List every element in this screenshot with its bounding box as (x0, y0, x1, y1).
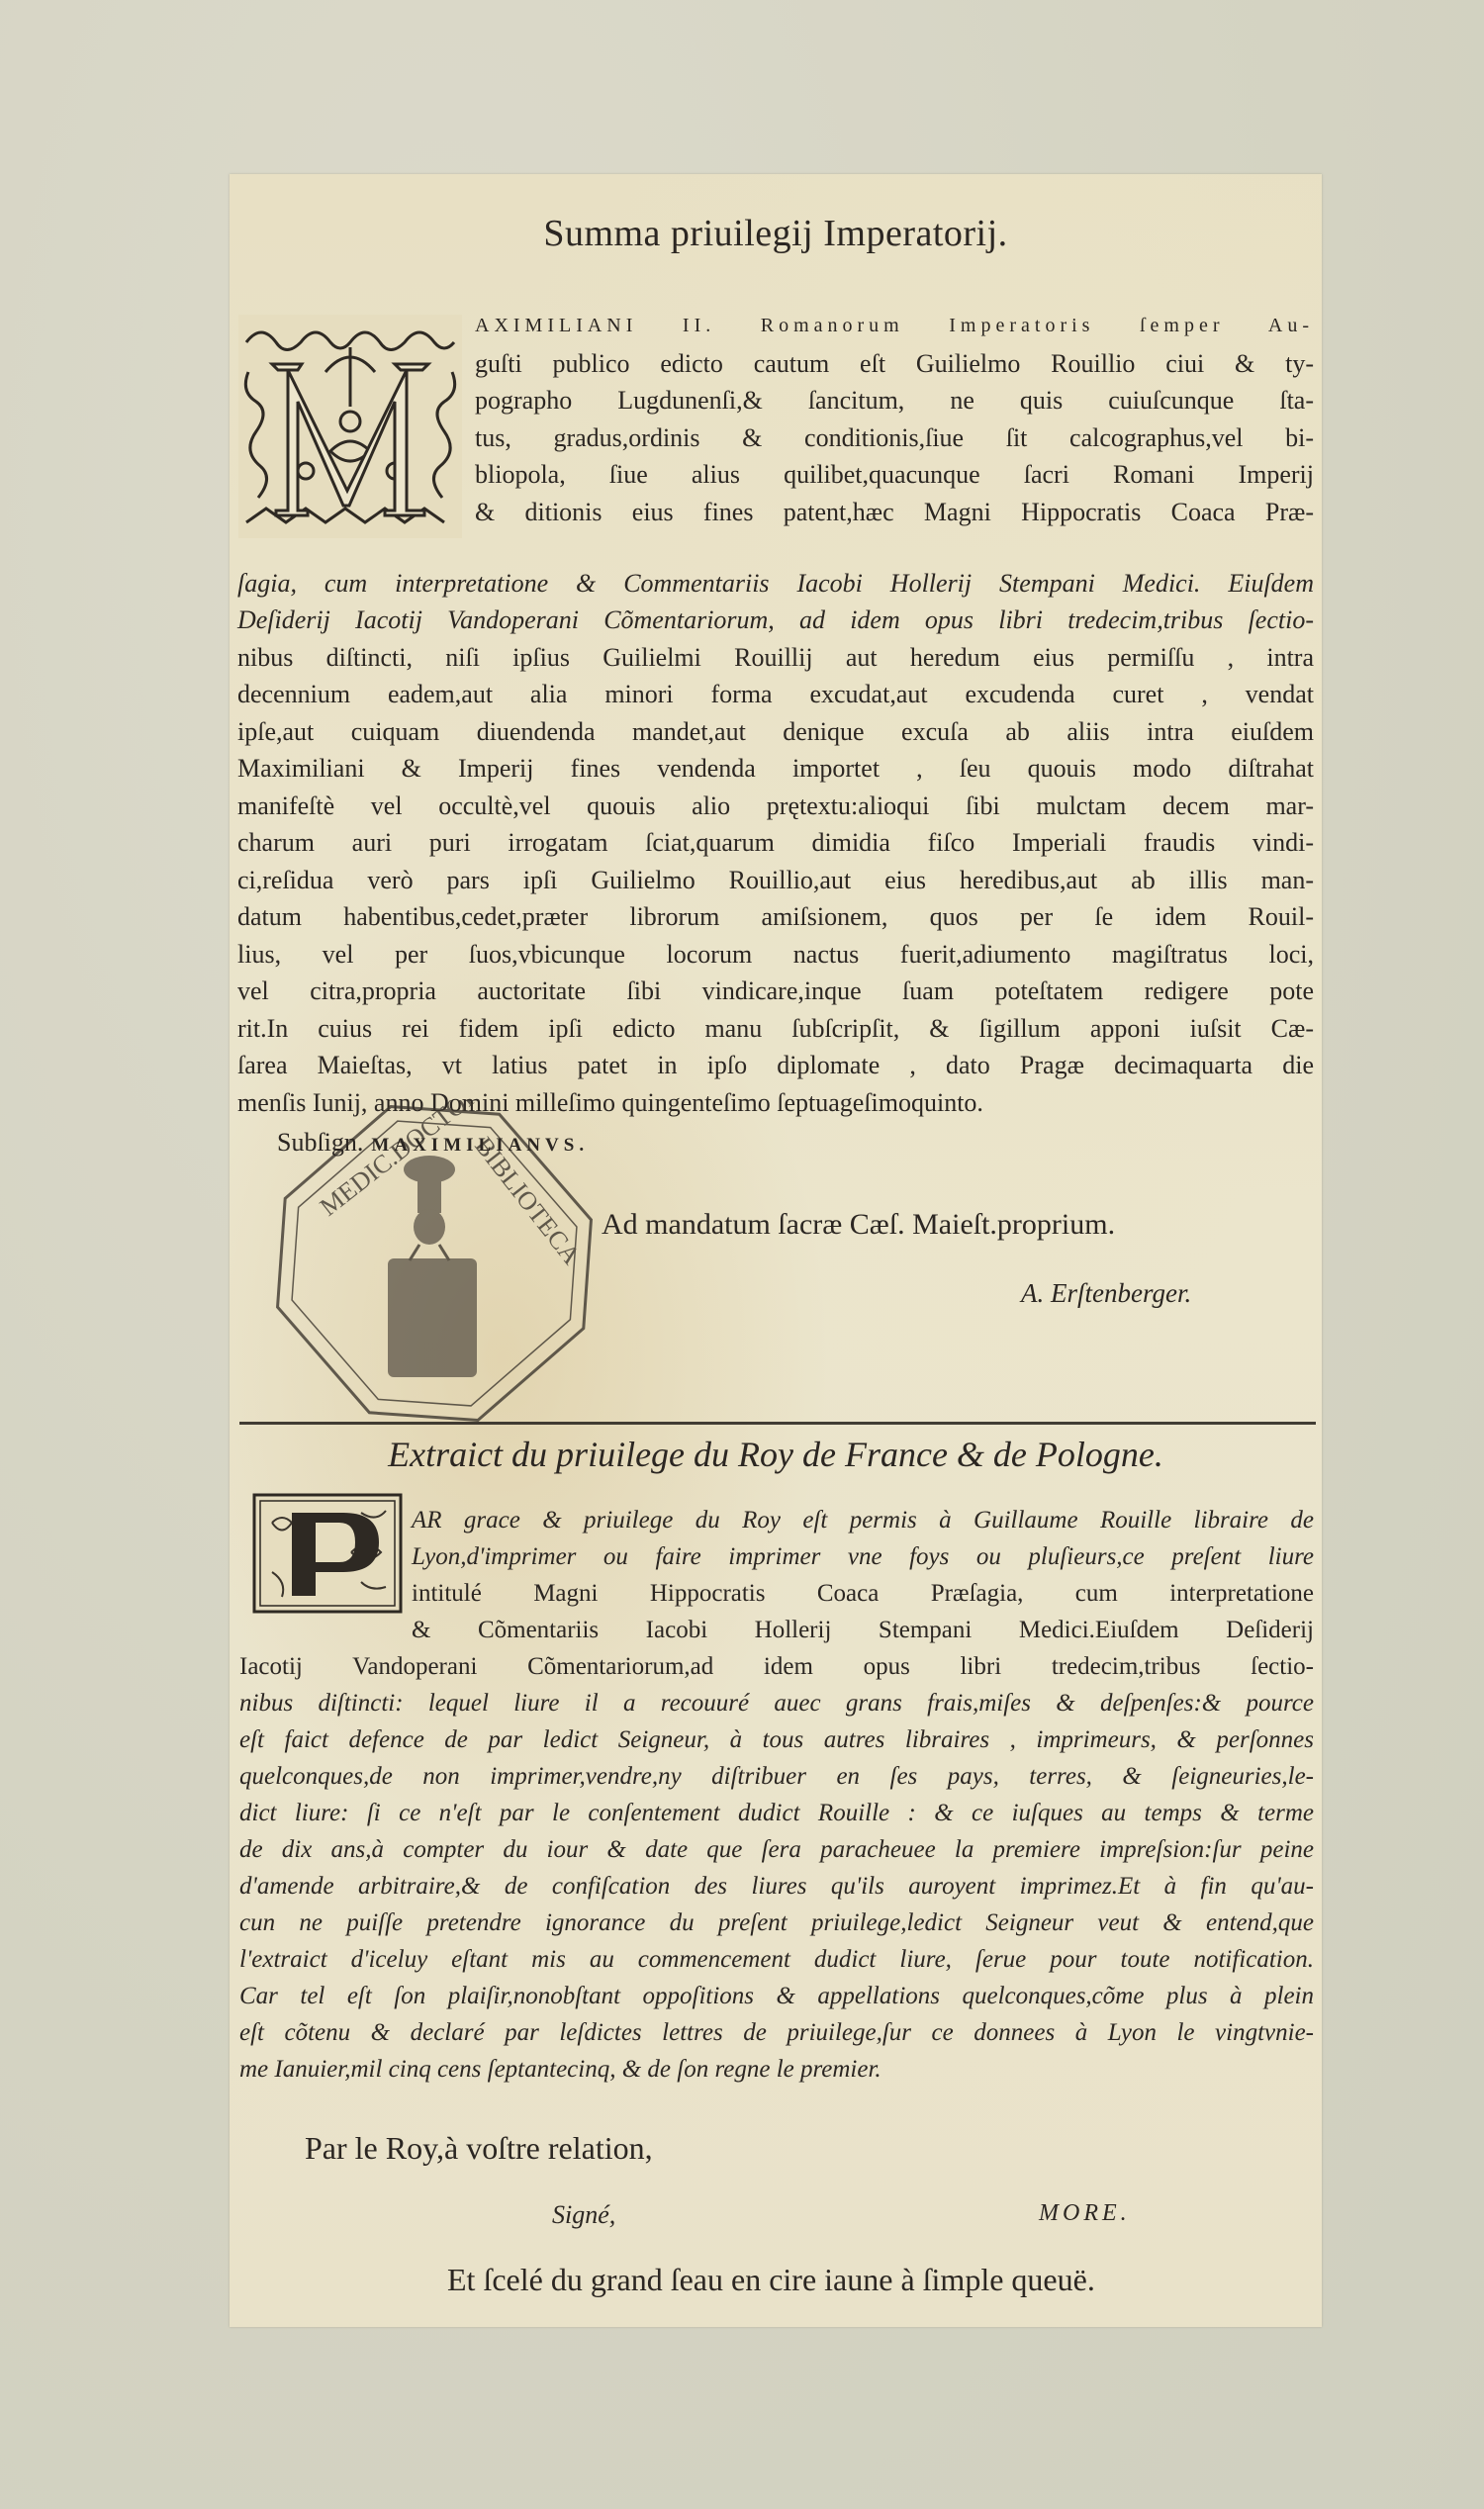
section2-full-line-9: Car tel eſt ſon plaiſir,nonobſtant oppoſ… (239, 1978, 1314, 2014)
section2-full-line-5: de dix ans,à compter du iour & date que … (239, 1831, 1314, 1868)
section1-full-line-10: lius, vel per ſuos,vbicunque locorum nac… (237, 936, 1314, 974)
section2-line-2: intitulé Magni Hippocratis Coaca Præſagi… (412, 1575, 1314, 1612)
section2-line-0: AR grace & priuilege du Roy eſt permis à… (412, 1502, 1314, 1538)
section2-full-line-10: eſt cõtenu & declaré par leſdictes lettr… (239, 2014, 1314, 2051)
section2-full-line-2: eſt faict defence de par ledict Seigneur… (239, 1721, 1314, 1758)
subsign-label: Subſign. (277, 1128, 363, 1157)
section1-full-line-7: charum auri puri irrogatam ſciat,quarum … (237, 824, 1314, 862)
section1-full-text: ſagia, cum interpretatione & Commentarii… (237, 565, 1314, 1122)
par-le-roy-line: Par le Roy,à voſtre relation, (305, 2130, 653, 2167)
ornamental-dropcap-p-icon (252, 1493, 403, 1614)
mandatum-line: Ad mandatum ſacræ Cæſ. Maieſt.proprium. (602, 1208, 1115, 1242)
section1-full-line-3: decennium eadem,aut alia minori forma ex… (237, 676, 1314, 713)
section1-line-4: bliopola, ſiue alius quilibet,quacunque … (475, 456, 1314, 494)
section1-full-line-1: Deſiderij Iacotij Vandoperani Cõmentario… (237, 602, 1314, 639)
section1-line-5: & ditionis eius fines patent,hæc Magni H… (475, 494, 1314, 531)
section1-title: Summa priuilegij Imperatorij. (230, 212, 1322, 255)
section2-full-line-4: dict liure: ſi ce n'eſt par le conſentem… (239, 1795, 1314, 1831)
seal-line: Et ſcelé du grand ſeau en cire iaune à ſ… (447, 2262, 1095, 2298)
section2-line-3: & Cõmentariis Iacobi Hollerij Stempani M… (412, 1612, 1314, 1648)
section2-line-3-wrapper: & Cõmentariis Iacobi Hollerij Stempani M… (412, 1612, 1314, 1648)
section1-line-1: guſti publico edicto cautum eſt Guilielm… (475, 345, 1314, 383)
section2-full-line-3: quelconques,de non imprimer,vendre,ny di… (239, 1758, 1314, 1795)
section1-full-line-9: datum habentibus,cedet,præter librorum a… (237, 898, 1314, 936)
section-divider (239, 1422, 1316, 1425)
section2-full-line-7: cun ne puiſſe pretendre ignorance du pre… (239, 1905, 1314, 1941)
section1-full-line-13: ſarea Maieſtas, vt latius patet in ipſo … (237, 1047, 1314, 1084)
section2-line-1: Lyon,d'imprimer ou faire imprimer vne fo… (412, 1538, 1314, 1575)
section2-title: Extraict du priuilege du Roy de France &… (230, 1434, 1322, 1475)
section1-full-line-11: vel citra,propria auctoritate ſibi vindi… (237, 973, 1314, 1010)
section2-full-line-8: l'extraict d'iceluy eſtant mis au commen… (239, 1941, 1314, 1978)
subsign-name: MAXIMILIANVS. (371, 1135, 589, 1156)
section1-full-line-2: nibus diſtincti, niſi ipſius Guilielmi R… (237, 639, 1314, 677)
section1-full-line-0: ſagia, cum interpretatione & Commentarii… (237, 565, 1314, 603)
section1-indented-text: AXIMILIANI II. Romanorum Imperatoris ſem… (475, 305, 1314, 530)
section1-full-line-4: ipſe,aut cuiquam diuendenda mandet,aut d… (237, 713, 1314, 751)
document-page: Summa priuilegij Imperatorij. AXIMILIANI… (230, 174, 1322, 2327)
section2-full-text: Iacotij Vandoperani Cõmentariorum,ad ide… (239, 1648, 1314, 2088)
section1-full-line-8: ci,reſidua verò pars ipſi Guilielmo Roui… (237, 862, 1314, 899)
section1-line-2: pographo Lugdunenſi,& ſancitum, ne quis … (475, 382, 1314, 419)
signer-name: A. Erſtenberger. (1021, 1278, 1191, 1309)
section2-indented-text: AR grace & priuilege du Roy eſt permis à… (412, 1502, 1314, 1612)
svg-text:MEDIC.DOCTOR: MEDIC.DOCTOR (315, 1100, 486, 1222)
section2-full-line-0: Iacotij Vandoperani Cõmentariorum,ad ide… (239, 1648, 1314, 1685)
subsign-line: Subſign.MAXIMILIANVS. (277, 1128, 589, 1158)
section2-full-line-6: d'amende arbitraire,& de confiſcation de… (239, 1868, 1314, 1905)
section2-full-line-11: me Ianuier,mil cinq cens ſeptantecinq, &… (239, 2051, 1314, 2088)
section2-full-line-1: nibus diſtincti: lequel liure il a recou… (239, 1685, 1314, 1721)
section1-full-line-5: Maximiliani & Imperij fines vendenda imp… (237, 750, 1314, 788)
signe-name: MORE. (1039, 2200, 1131, 2227)
section1-full-line-6: manifeſtè vel occultè,vel quouis alio pr… (237, 788, 1314, 825)
section1-line-0: AXIMILIANI II. Romanorum Imperatoris ſem… (475, 315, 1314, 336)
section1-line-3: tus, gradus,ordinis & conditionis,ſiue ſ… (475, 419, 1314, 457)
section1-full-line-12: rit.In cuius rei fidem ipſi edicto manu … (237, 1010, 1314, 1048)
ornamental-dropcap-m-icon (236, 313, 464, 540)
signe-label: Signé, (552, 2200, 615, 2230)
